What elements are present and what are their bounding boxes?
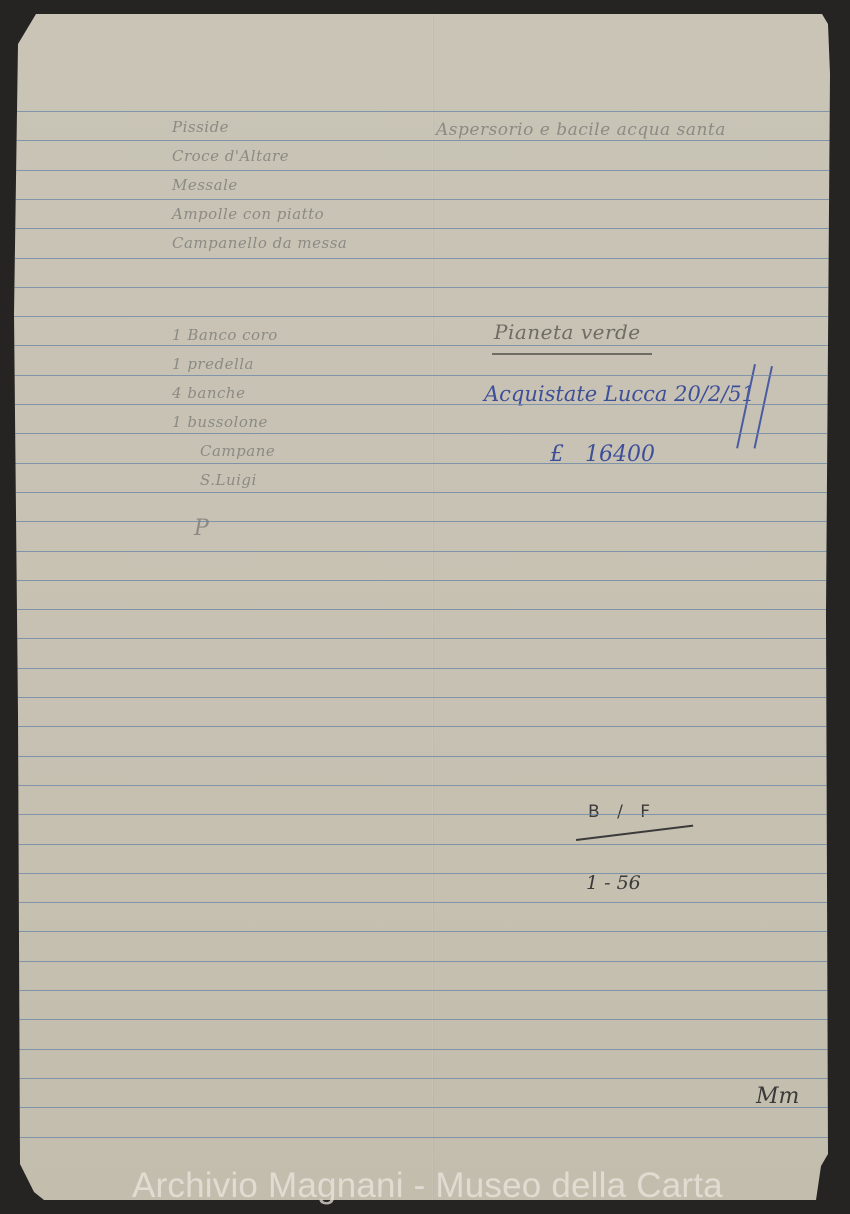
ink-slash: [736, 364, 755, 448]
ruled-line: [14, 785, 830, 786]
ruled-line: [14, 756, 830, 757]
archive-watermark: Archivio Magnani - Museo della Carta: [132, 1166, 723, 1206]
ruled-line: [14, 492, 830, 493]
list-item: Messale: [172, 176, 238, 194]
ruled-line: [14, 990, 830, 991]
item-label: banche: [187, 384, 245, 402]
ruled-line: [14, 199, 830, 200]
heading-underline: [492, 353, 652, 355]
ruled-line: [14, 463, 830, 464]
ruled-line: [14, 258, 830, 259]
list-item: Campane: [200, 442, 275, 460]
ruled-line: [14, 287, 830, 288]
paper-fold-crease: [432, 14, 434, 1200]
ruled-line: [14, 228, 830, 229]
list-item: 1 Banco coro: [172, 326, 278, 344]
ruled-line: [14, 316, 830, 317]
lined-paper-sheet: Pisside Croce d'Altare Messale Ampolle c…: [14, 14, 830, 1200]
ink-slash: [754, 366, 773, 448]
list-item: Ampolle con piatto: [172, 205, 324, 223]
ruled-line: [14, 873, 830, 874]
ruled-line: [14, 1019, 830, 1020]
ruled-line: [14, 375, 830, 376]
list-item: 4 banche: [172, 384, 245, 402]
ruled-line: [14, 844, 830, 845]
ruled-line: [14, 609, 830, 610]
item-quantity: 1: [172, 413, 182, 431]
ruled-line: [14, 638, 830, 639]
item-quantity: 1: [172, 355, 182, 373]
list-item: Campanello da messa: [172, 234, 347, 252]
shelfmark-bottom: 1 - 56: [586, 872, 641, 894]
list-item: S.Luigi: [200, 471, 257, 489]
ruled-line: [14, 551, 830, 552]
list-item: 1 predella: [172, 355, 254, 373]
ruled-line: [14, 170, 830, 171]
ruled-line: [14, 580, 830, 581]
ruled-line: [14, 521, 830, 522]
ruled-line: [14, 961, 830, 962]
purchase-note: Acquistate Lucca 20/2/51: [484, 382, 755, 406]
shelfmark-line: [576, 825, 693, 841]
ruled-line: [14, 726, 830, 727]
item-label: Banco coro: [187, 326, 277, 344]
list-item: 1 bussolone: [172, 413, 268, 431]
list-item: Croce d'Altare: [172, 147, 289, 165]
item-label: predella: [187, 355, 254, 373]
item-label: bussolone: [187, 413, 268, 431]
ruled-line: [14, 902, 830, 903]
ruled-line: [14, 1107, 830, 1108]
ruled-line: [14, 668, 830, 669]
note-aspersorio: Aspersorio e bacile acqua santa: [436, 120, 726, 140]
item-quantity: 1: [172, 326, 182, 344]
ruled-line: [14, 1049, 830, 1050]
ruled-line: [14, 345, 830, 346]
list-item: Pisside: [172, 118, 229, 136]
ruled-line: [14, 404, 830, 405]
ruled-line: [14, 814, 830, 815]
pencil-mark-p: P: [194, 516, 209, 541]
ruled-line: [14, 1137, 830, 1138]
ruled-line: [14, 140, 830, 141]
ruled-line: [14, 697, 830, 698]
ruled-line: [14, 111, 830, 112]
ruled-line: [14, 931, 830, 932]
shelfmark-top: B / F: [588, 802, 656, 822]
note-heading: Pianeta verde: [494, 320, 641, 344]
item-quantity: 4: [172, 384, 182, 402]
ruled-line: [14, 433, 830, 434]
ruled-line: [14, 1078, 830, 1079]
initials-signature: Mm: [756, 1084, 799, 1109]
